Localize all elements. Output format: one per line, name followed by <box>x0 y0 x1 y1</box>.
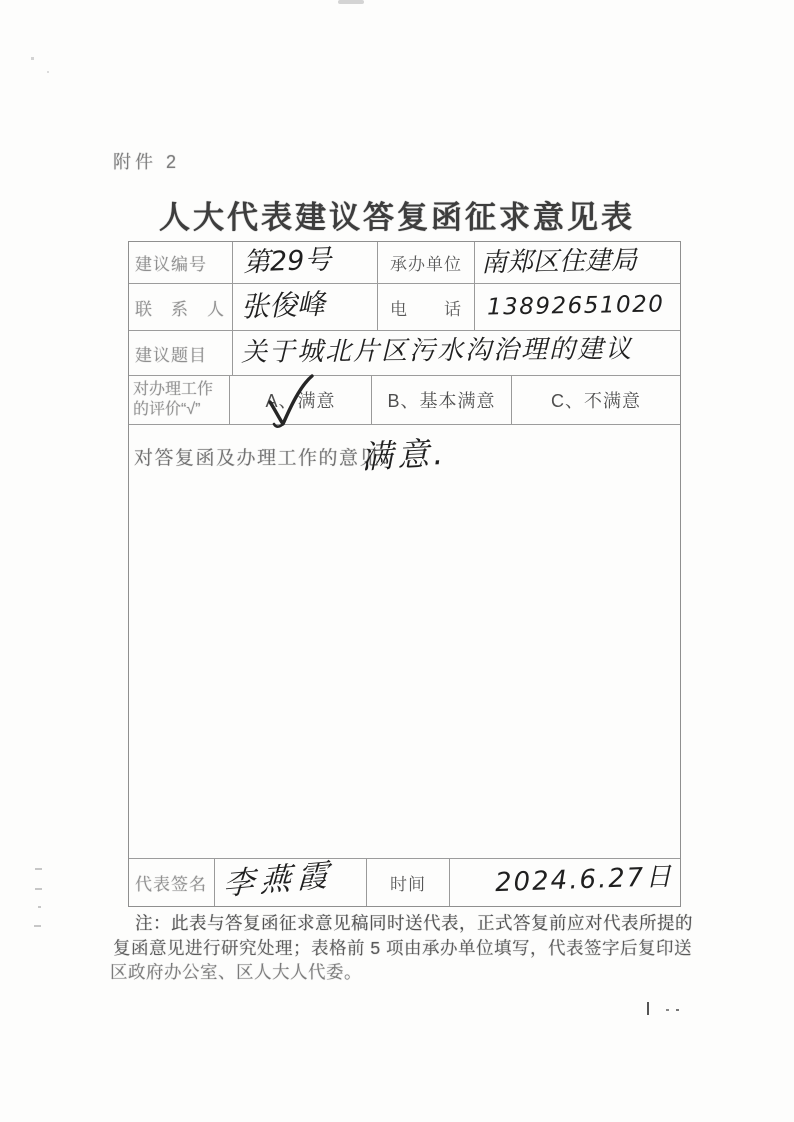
note-line-1: 注：此表与答复函征求意见稿同时送代表，正式答复前应对代表所提的 <box>135 915 693 933</box>
opinion-cell: 对答复函及办理工作的意见： 满意. <box>129 425 680 858</box>
scan-speck <box>47 71 49 73</box>
page-marker-dot <box>676 1009 679 1011</box>
evaluation-label-line1: 对办理工作 <box>133 380 229 400</box>
suggestion-number-label: 建议编号 <box>129 242 232 283</box>
table-row-evaluation: 对办理工作 的评价“√” A、满意 B、基本满意 C、不满意 <box>129 376 680 425</box>
page-marker-dot <box>666 1009 669 1011</box>
margin-fold-mark <box>35 868 42 870</box>
evaluation-option-a: A、满意 <box>229 376 371 424</box>
time-label: 时间 <box>366 859 449 906</box>
signature-cell: 李燕霞 <box>214 859 366 906</box>
suggestion-title-value: 关于城北片区污水沟治理的建议 <box>241 336 633 365</box>
contact-value: 张俊峰 <box>241 291 326 322</box>
table-row-opinion: 对答复函及办理工作的意见： 满意. <box>129 425 680 859</box>
phone-value: 13892651020 <box>487 293 665 319</box>
opinion-value: 满意. <box>360 437 448 473</box>
scan-speck <box>31 57 34 60</box>
evaluation-option-b-text: B、基本满意 <box>387 387 495 413</box>
margin-fold-mark <box>35 888 42 890</box>
suggestion-number-value: 第29号 <box>243 246 332 276</box>
scan-smudge <box>338 0 364 4</box>
attachment-label: 附件 2 <box>113 148 180 174</box>
form-title: 人大代表建议答复函征求意见表 <box>0 192 794 237</box>
table-row-suggestion-title: 建议题目 关于城北片区污水沟治理的建议 <box>129 331 680 376</box>
margin-fold-mark <box>34 925 41 927</box>
note-line-3: 区政府办公室、区人大人代委。 <box>110 964 362 982</box>
representative-signature: 李燕霞 <box>222 860 334 901</box>
signature-label: 代表签名 <box>129 859 214 906</box>
undertaking-unit-label: 承办单位 <box>377 242 474 283</box>
undertaking-unit-cell: 南郑区住建局 <box>474 242 680 283</box>
evaluation-label-line2: 的评价“√” <box>133 400 229 420</box>
form-table: 建议编号 第29号 承办单位 南郑区住建局 联 系 人 张俊峰 电 话 1389… <box>128 241 681 907</box>
table-row-suggestion-number: 建议编号 第29号 承办单位 南郑区住建局 <box>129 242 680 284</box>
check-mark-icon <box>264 372 316 430</box>
table-row-contact: 联 系 人 张俊峰 电 话 13892651020 <box>129 284 680 331</box>
page-marker-bar <box>647 1002 649 1015</box>
evaluation-option-c-text: C、不满意 <box>551 387 641 413</box>
margin-fold-mark <box>38 906 41 908</box>
evaluation-option-c: C、不满意 <box>511 376 680 424</box>
evaluation-option-b: B、基本满意 <box>371 376 511 424</box>
scanned-form-page: 附件 2 人大代表建议答复函征求意见表 建议编号 第29号 承办单位 南郑区住建… <box>0 0 794 1122</box>
phone-label: 电 话 <box>377 284 474 330</box>
table-row-signature: 代表签名 李燕霞 时间 2024.6.27日 <box>129 859 680 906</box>
evaluation-label: 对办理工作 的评价“√” <box>129 376 229 424</box>
suggestion-title-label: 建议题目 <box>129 331 232 375</box>
time-value: 2024.6.27日 <box>495 864 674 896</box>
suggestion-title-cell: 关于城北片区污水沟治理的建议 <box>232 331 680 375</box>
contact-cell: 张俊峰 <box>232 284 377 330</box>
phone-cell: 13892651020 <box>474 284 680 330</box>
undertaking-unit-value: 南郑区住建局 <box>481 248 637 277</box>
note-line-2: 复函意见进行研究处理；表格前 5 项由承办单位填写，代表签字后复印送 <box>113 940 692 958</box>
time-cell: 2024.6.27日 <box>449 859 680 906</box>
page-number-marker <box>640 1000 690 1020</box>
suggestion-number-cell: 第29号 <box>232 242 377 283</box>
contact-label: 联 系 人 <box>129 284 232 330</box>
